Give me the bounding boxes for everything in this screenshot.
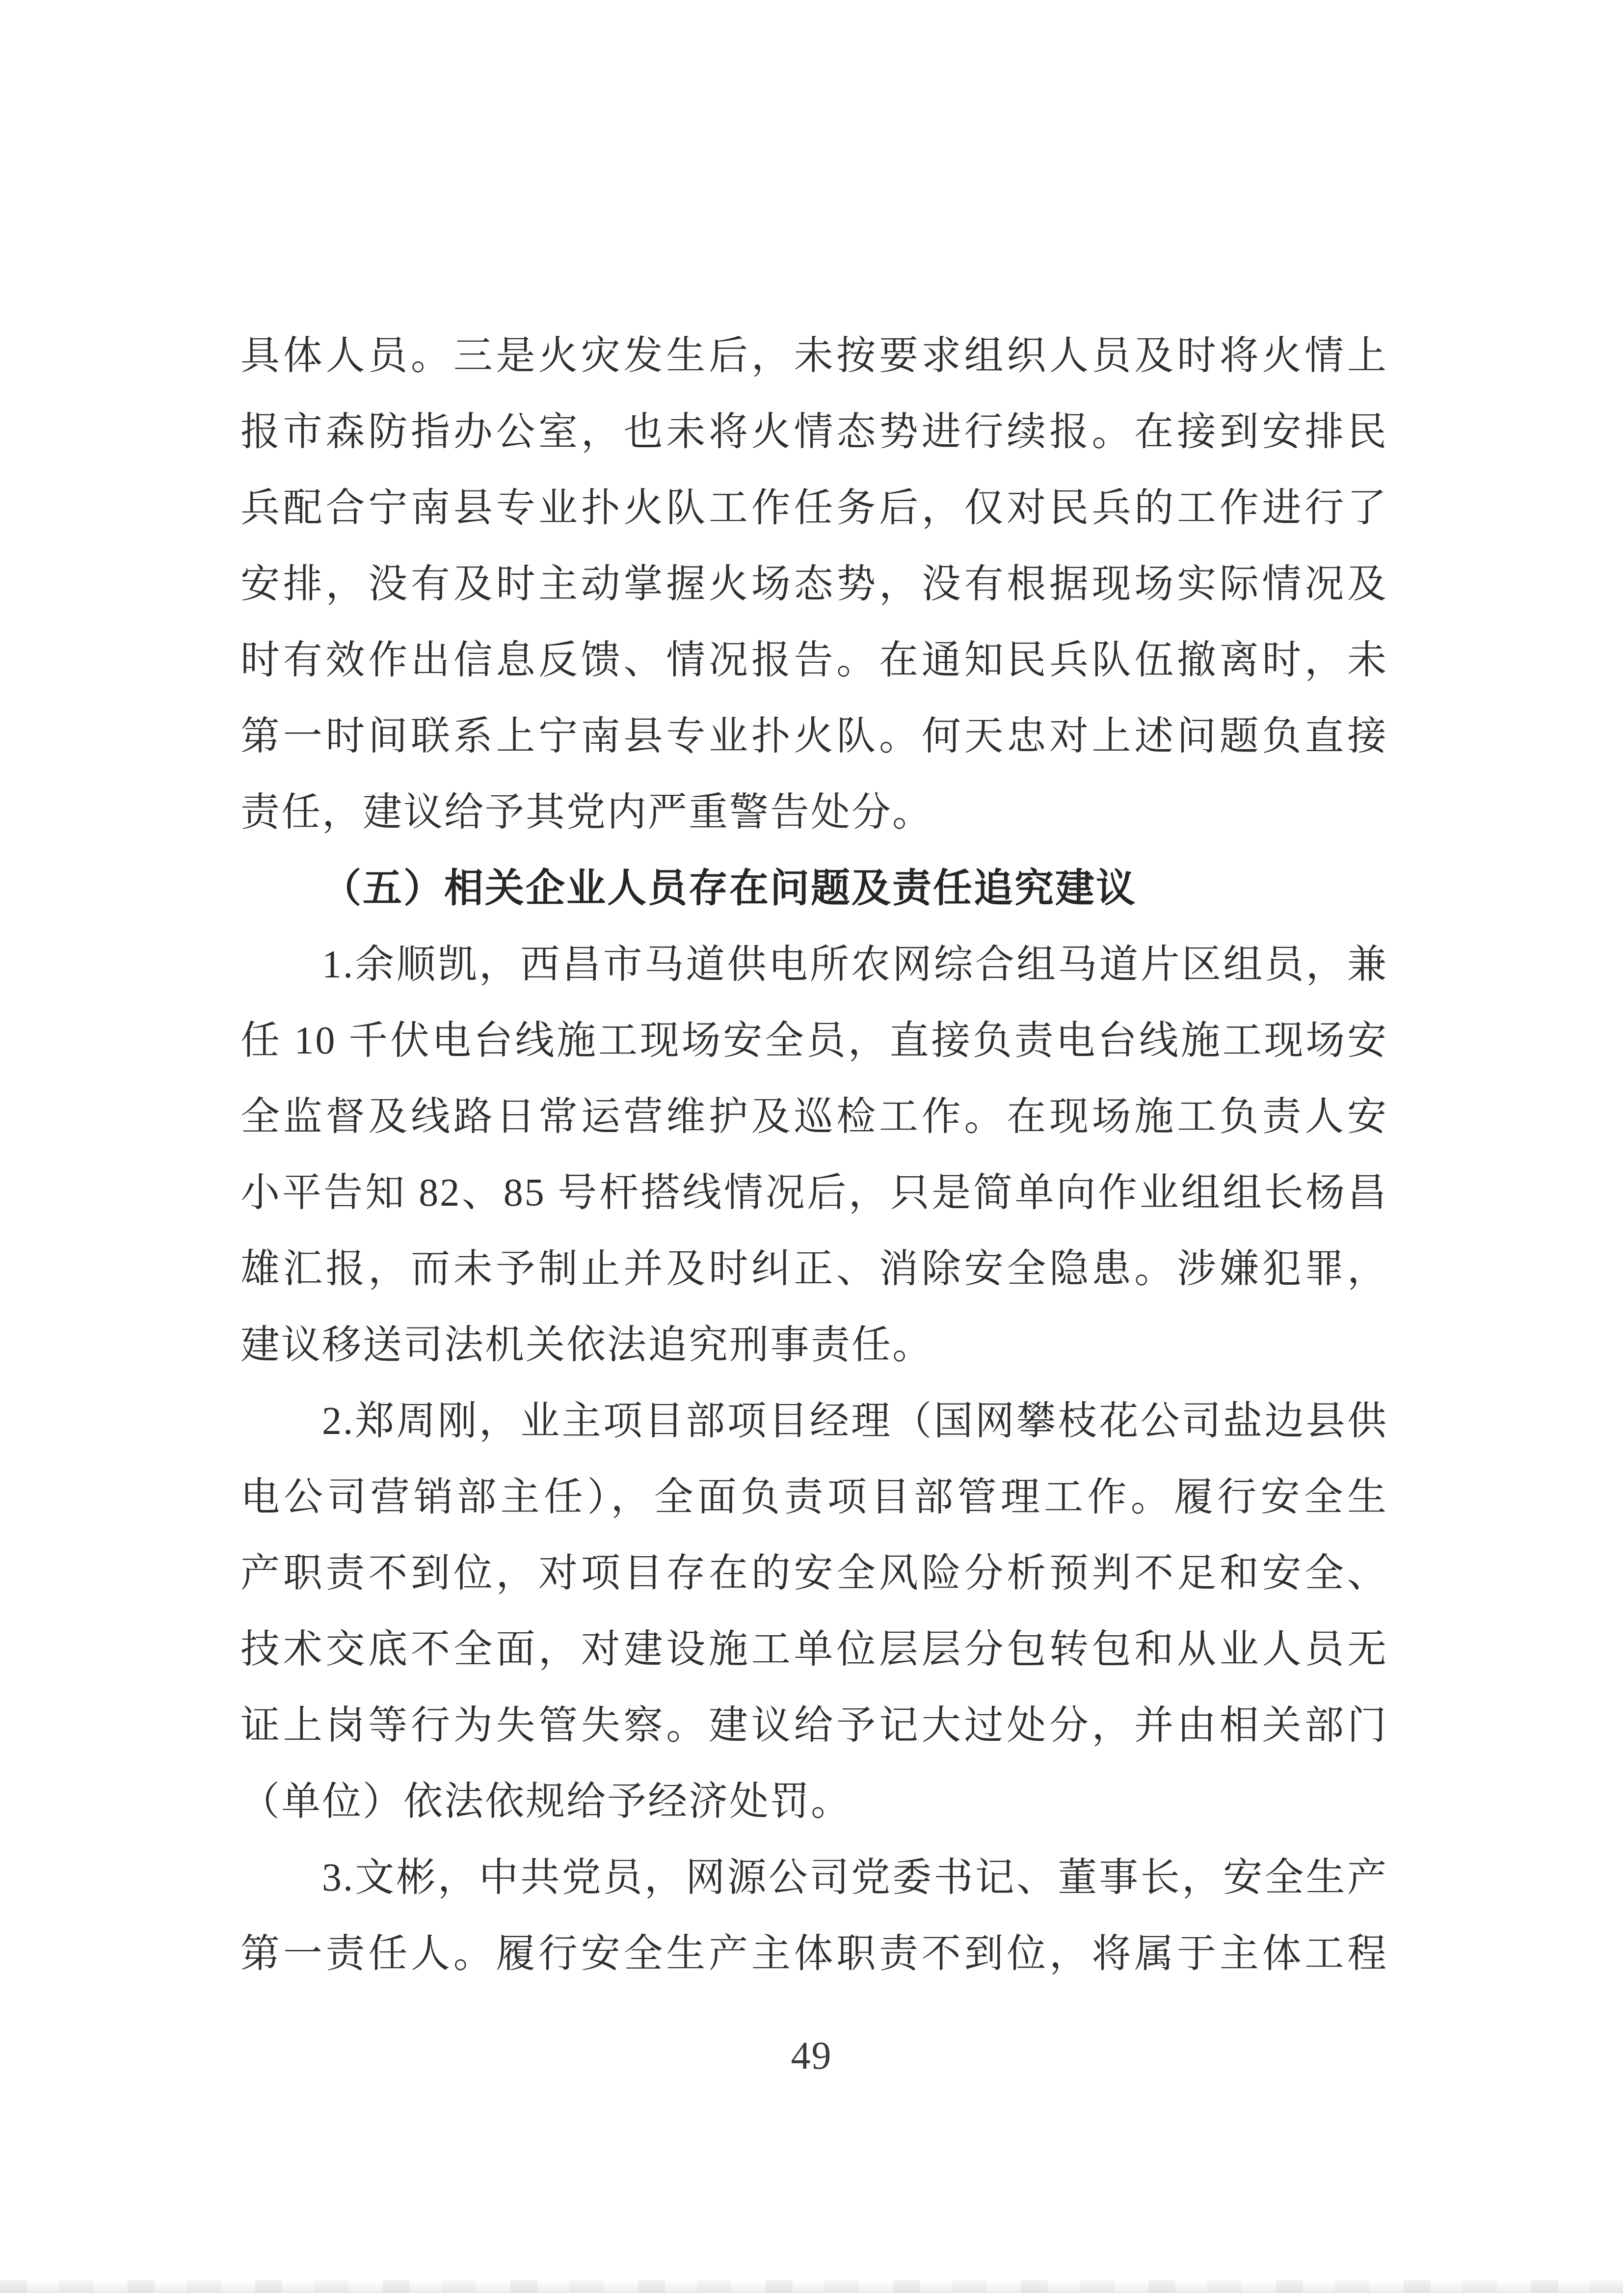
body-line: 1.余顺凯，西昌市马道供电所农网综合组马道片区组员，兼 <box>240 927 1388 1003</box>
scan-artifact-strip <box>0 2280 1623 2293</box>
body-line: 第一时间联系上宁南县专业扑火队。何天忠对上述问题负直接 <box>240 699 1388 775</box>
body-line: 具体人员。三是火灾发生后，未按要求组织人员及时将火情上 <box>240 318 1388 394</box>
text-block: 具体人员。三是火灾发生后，未按要求组织人员及时将火情上 报市森防指办公室，也未将… <box>240 318 1388 1992</box>
body-line: 小平告知 82、85 号杆搭线情况后，只是简单向作业组组长杨昌 <box>240 1155 1388 1231</box>
body-line: 建议移送司法机关依法追究刑事责任。 <box>240 1307 1388 1383</box>
body-line: 2.郑周刚，业主项目部项目经理（国网攀枝花公司盐边县供 <box>240 1383 1388 1459</box>
page-number: 49 <box>0 2026 1623 2085</box>
body-line: 证上岗等行为失管失察。建议给予记大过处分，并由相关部门 <box>240 1688 1388 1764</box>
body-line: 技术交底不全面，对建设施工单位层层分包转包和从业人员无 <box>240 1612 1388 1688</box>
body-line: 责任，建议给予其党内严重警告处分。 <box>240 775 1388 851</box>
body-line: 全监督及线路日常运营维护及巡检工作。在现场施工负责人安 <box>240 1079 1388 1155</box>
body-line: 报市森防指办公室，也未将火情态势进行续报。在接到安排民 <box>240 394 1388 470</box>
section-heading: （五）相关企业人员存在问题及责任追究建议 <box>240 851 1388 927</box>
document-page: 具体人员。三是火灾发生后，未按要求组织人员及时将火情上 报市森防指办公室，也未将… <box>0 0 1623 2296</box>
body-line: 任 10 千伏电台线施工现场安全员，直接负责电台线施工现场安 <box>240 1003 1388 1079</box>
body-line: 安排，没有及时主动掌握火场态势，没有根据现场实际情况及 <box>240 546 1388 622</box>
body-line: 产职责不到位，对项目存在的安全风险分析预判不足和安全、 <box>240 1536 1388 1612</box>
body-line: （单位）依法依规给予经济处罚。 <box>240 1764 1388 1840</box>
body-line: 兵配合宁南县专业扑火队工作任务后，仅对民兵的工作进行了 <box>240 470 1388 546</box>
body-line: 第一责任人。履行安全生产主体职责不到位，将属于主体工程 <box>240 1916 1388 1992</box>
body-line: 电公司营销部主任），全面负责项目部管理工作。履行安全生 <box>240 1459 1388 1536</box>
body-line: 3.文彬，中共党员，网源公司党委书记、董事长，安全生产 <box>240 1840 1388 1916</box>
body-line: 时有效作出信息反馈、情况报告。在通知民兵队伍撤离时，未 <box>240 622 1388 699</box>
body-line: 雄汇报，而未予制止并及时纠正、消除安全隐患。涉嫌犯罪， <box>240 1231 1388 1307</box>
